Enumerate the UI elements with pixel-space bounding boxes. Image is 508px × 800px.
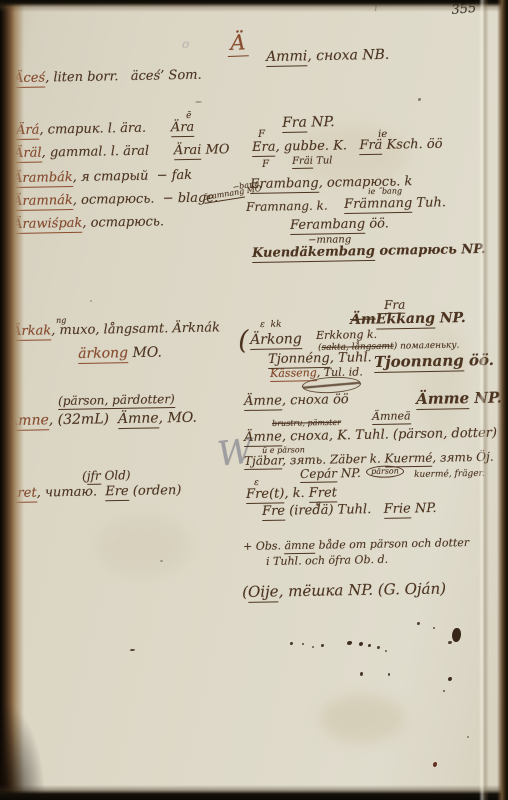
page-right-edge xyxy=(497,0,508,800)
pencil-o-mark: o xyxy=(182,38,189,50)
ink-spot xyxy=(452,628,461,642)
entry-arambak: Ärambák, я старый − fak xyxy=(13,169,192,185)
entry-era: Era, gubbe. K. Frä Ksch. öö xyxy=(252,138,443,154)
paper-stain xyxy=(95,515,190,577)
entry-arkak: Ärkak, тихо, långsamt. Ärknák xyxy=(12,321,220,338)
ink-spot xyxy=(433,762,437,767)
paper-stain xyxy=(415,320,470,440)
entry-oije: (Oije, тёшка NP. (G. Oján) xyxy=(242,581,446,600)
ink-spot xyxy=(377,646,380,649)
ink-spot xyxy=(448,641,452,644)
entry-ferambang: Ferambang öö. xyxy=(290,217,389,232)
note-erkkong: Erkkong k. xyxy=(316,329,377,341)
ink-spot xyxy=(467,736,469,738)
note-kuerme: kuermé, fräger. xyxy=(414,470,485,480)
ink-spot xyxy=(433,627,435,629)
note-jfr-old: (jfr Old) xyxy=(82,469,131,482)
note-obs-line1: + Obs. ämne både om pärson och dotter xyxy=(243,537,469,552)
ink-spot xyxy=(448,677,452,681)
ink-spot xyxy=(388,673,390,676)
entry-tjoonnang: Tjoonnang öö. xyxy=(374,353,494,370)
manuscript-page: 355 Ä Ammi, сноха NB.oıÄceś, liten borr.… xyxy=(0,0,508,800)
ink-spot xyxy=(130,649,135,651)
note-parson-circled: pärson xyxy=(366,467,404,476)
bracket-arkong: ( xyxy=(238,328,249,354)
ink-spot xyxy=(360,672,363,676)
ink-spot xyxy=(368,644,371,647)
entry-arkong-mo: ärkong MO. xyxy=(78,346,162,361)
ink-spot xyxy=(90,300,92,302)
entry-framnang-tuh: Främnang Tuh. xyxy=(344,196,446,211)
entry-aces: Äceś, liten borr. äceś’ Som. xyxy=(14,69,202,85)
entry-ammi: Ammi, сноха NB. xyxy=(266,48,389,64)
entry-framnang: Framnang. k. xyxy=(246,199,335,213)
ink-spot xyxy=(418,98,421,101)
diacritic-e: ē xyxy=(186,112,191,121)
entry-aret: Äret, читаю. Ere (orden) xyxy=(8,484,182,500)
note-ekk: ε kk xyxy=(260,321,282,330)
entry-kuendakembang: Kuendäkembang остарюсь NP. xyxy=(252,243,485,260)
page-top-edge xyxy=(0,0,508,12)
ink-spot xyxy=(443,690,445,692)
note-amnea: Ämneä xyxy=(372,410,411,422)
ink-spot xyxy=(195,101,202,103)
entry-amne-tuhl: Ämne, сноха, K. Tuhl. (pärson, dotter) xyxy=(244,427,497,444)
note-ng: ng xyxy=(56,317,66,325)
entry-amne-left: Ämne, (32mL) Ämne, MO. xyxy=(8,411,197,428)
ink-spot xyxy=(385,650,387,652)
note-frai-tul: Fräi Tul xyxy=(292,156,333,167)
ink-spot xyxy=(359,642,363,646)
note-ie-bang: ie ˝bang xyxy=(368,187,402,196)
page-bottom-edge xyxy=(0,785,508,800)
entry-fre-tuhl: Fre (iredä) Tuhl. Frie NP. xyxy=(262,502,437,518)
note-brustru: brustru, pämster xyxy=(272,419,341,428)
paper-stain xyxy=(320,695,405,743)
entry-fret: Fre(t), k. Fret xyxy=(246,486,337,501)
ink-spot xyxy=(417,622,420,625)
note-f-small-1: F xyxy=(258,130,265,140)
entry-amne-right: Ämne, сноха öö xyxy=(244,393,349,408)
entry-aramnak: Äramnák, остарюсь. − blage. xyxy=(13,191,218,208)
entry-ara: Ärá, старик. l. ära. Ära xyxy=(16,121,194,137)
entry-aral: Äräl, gammal. l. äral Ärai MO xyxy=(14,143,230,160)
note-parson-pardotter: (pärson, pärdotter) xyxy=(58,393,175,407)
ink-spot xyxy=(321,644,324,647)
note-f-small-2: F xyxy=(262,160,269,170)
ink-spot xyxy=(302,643,304,645)
note-obs-line2: i Tuhl. och öfra Ob. d. xyxy=(266,554,388,567)
entry-fra-np: Fra NP. xyxy=(282,115,335,130)
note-fra-2: Fra xyxy=(384,299,405,311)
section-header-letter: Ä xyxy=(227,32,249,57)
ink-spot xyxy=(347,641,352,645)
book-binding-edge xyxy=(0,0,24,800)
entry-arkong: Ärkong xyxy=(250,332,302,347)
entry-cepar: Cepár NP. xyxy=(300,467,361,480)
ink-spot xyxy=(290,642,293,645)
entry-tjonneng: Tjonnéng, Tuhl. xyxy=(268,351,372,366)
entry-arawispak: Ärawiśpak, остарюсь. xyxy=(13,215,164,231)
ink-spot xyxy=(312,646,314,648)
entry-ekkang: ÄmEkkang NP. xyxy=(350,311,466,327)
entry-tjabar: Tjäbar, зять. Zäber k. Kuermé, зять Öj. xyxy=(244,451,494,467)
page-crease xyxy=(479,0,491,800)
